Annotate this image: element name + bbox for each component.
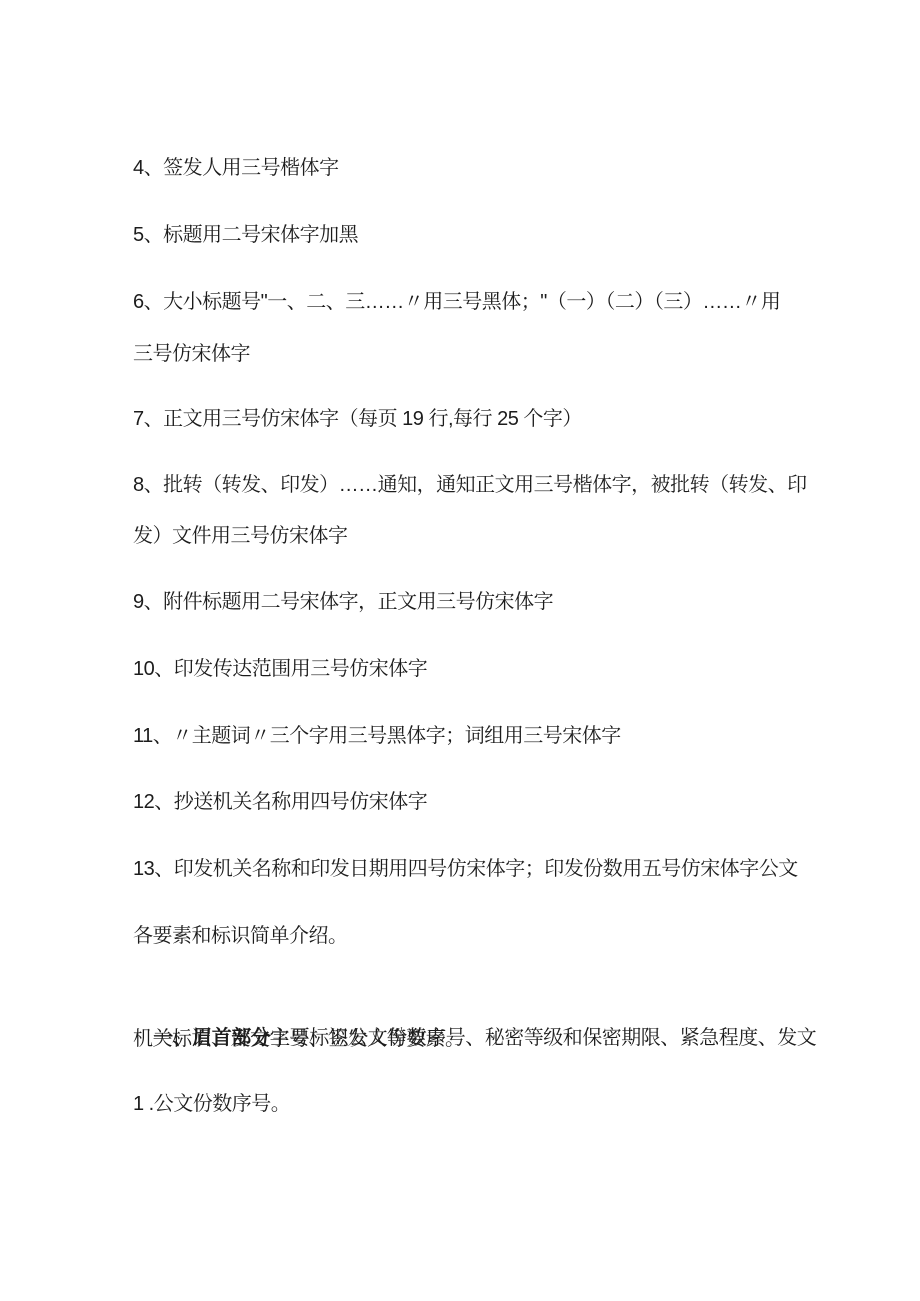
list-item-6-line-1: 6、大小标题号"一、二、三……〃用三号黑体；"（一）（二）（三）……〃用 xyxy=(133,290,780,314)
sub-item-1: 1 .公文份数序号。 xyxy=(133,1092,290,1116)
list-item-12: 12、抄送机关名称用四号仿宋体字 xyxy=(133,790,427,814)
list-item-11: 11、〃主题词〃三个字用三号黑体字；词组用三号宋体字 xyxy=(133,724,621,748)
section-heading-line-2: 机关标识、发文字号、签发人等要素。 xyxy=(133,1027,465,1051)
list-item-5: 5、标题用二号宋体字加黑 xyxy=(133,223,358,247)
list-item-8-line-1: 8、批转（转发、印发）……通知，通知正文用三号楷体字，被批转（转发、印 xyxy=(133,473,807,497)
list-item-9: 9、附件标题用二号宋体字，正文用三号仿宋体字 xyxy=(133,590,553,614)
list-item-6-line-2: 三号仿宋体字 xyxy=(133,342,250,366)
list-item-7: 7、正文用三号仿宋体字（每页 19 行,每行 25 个字） xyxy=(133,407,582,431)
list-item-4: 4、签发人用三号楷体字 xyxy=(133,156,339,180)
document-page: 4、签发人用三号楷体字 5、标题用二号宋体字加黑 6、大小标题号"一、二、三……… xyxy=(0,0,920,1301)
list-item-13-line-2: 各要素和标识简单介绍。 xyxy=(133,924,348,948)
list-item-10: 10、印发传达范围用三号仿宋体字 xyxy=(133,657,427,681)
list-item-13-line-1: 13、印发机关名称和印发日期用四号仿宋体字；印发份数用五号仿宋体字公文 xyxy=(133,857,798,881)
list-item-8-line-2: 发）文件用三号仿宋体字 xyxy=(133,524,348,548)
